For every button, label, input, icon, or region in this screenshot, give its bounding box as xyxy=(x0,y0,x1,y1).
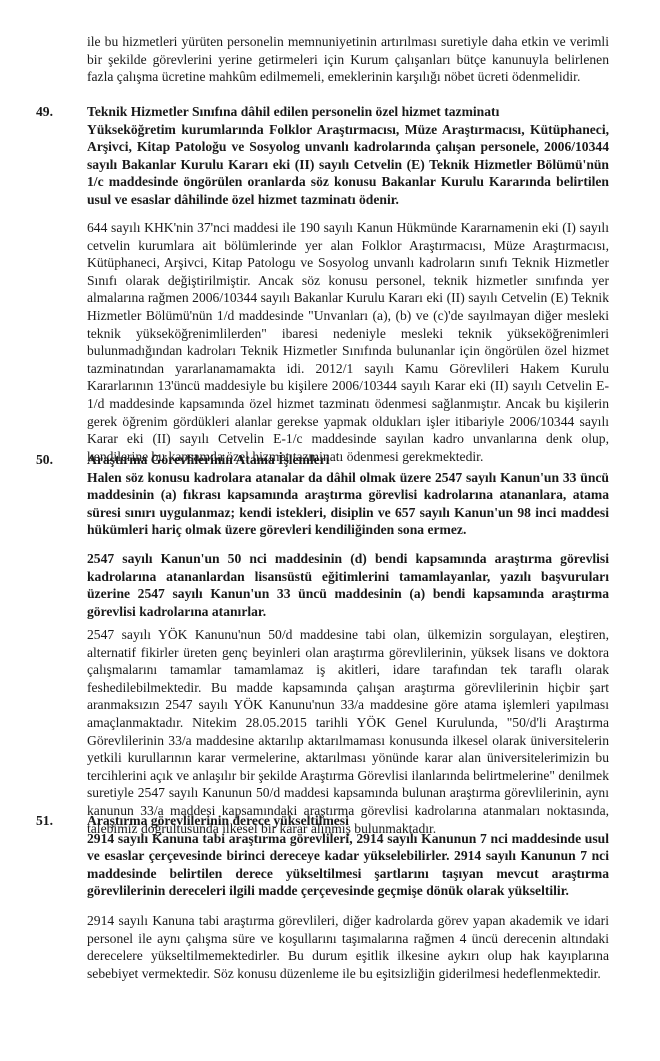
section-49-heading: Teknik Hizmetler Sınıfına dâhil edilen p… xyxy=(87,103,609,209)
intro-paragraph: ile bu hizmetleri yürüten personelin mem… xyxy=(87,33,609,86)
section-51-title: Araştırma görevlilerinin derece yükselti… xyxy=(87,812,609,830)
section-50-proposal: Halen söz konusu kadrolara atanalar da d… xyxy=(87,469,609,539)
section-51-heading: Araştırma görevlilerinin derece yükselti… xyxy=(87,812,609,900)
section-50-proposal-2: 2547 sayılı Kanun'un 50 nci maddesinin (… xyxy=(87,550,609,620)
section-50-title: Araştırma Görevlilerinin Atama İşlemleri xyxy=(87,451,609,469)
section-number-51: 51. xyxy=(36,812,53,830)
section-51-explanation: 2914 sayılı Kanuna tabi araştırma görevl… xyxy=(87,912,609,982)
section-number-50: 50. xyxy=(36,451,53,469)
section-49-title: Teknik Hizmetler Sınıfına dâhil edilen p… xyxy=(87,103,609,121)
section-50-explanation: 2547 sayılı YÖK Kanunu'nun 50/d maddesin… xyxy=(87,626,609,837)
section-50-heading: Araştırma Görevlilerinin Atama İşlemleri… xyxy=(87,451,609,539)
section-51-proposal: 2914 sayılı Kanuna tabi araştırma görevl… xyxy=(87,830,609,900)
section-49-proposal: Yükseköğretim kurumlarında Folklor Araşt… xyxy=(87,121,609,209)
section-49-explanation: 644 sayılı KHK'nin 37'nci maddesi ile 19… xyxy=(87,219,609,465)
document-page: ile bu hizmetleri yürüten personelin mem… xyxy=(0,0,660,1061)
section-number-49: 49. xyxy=(36,103,53,121)
